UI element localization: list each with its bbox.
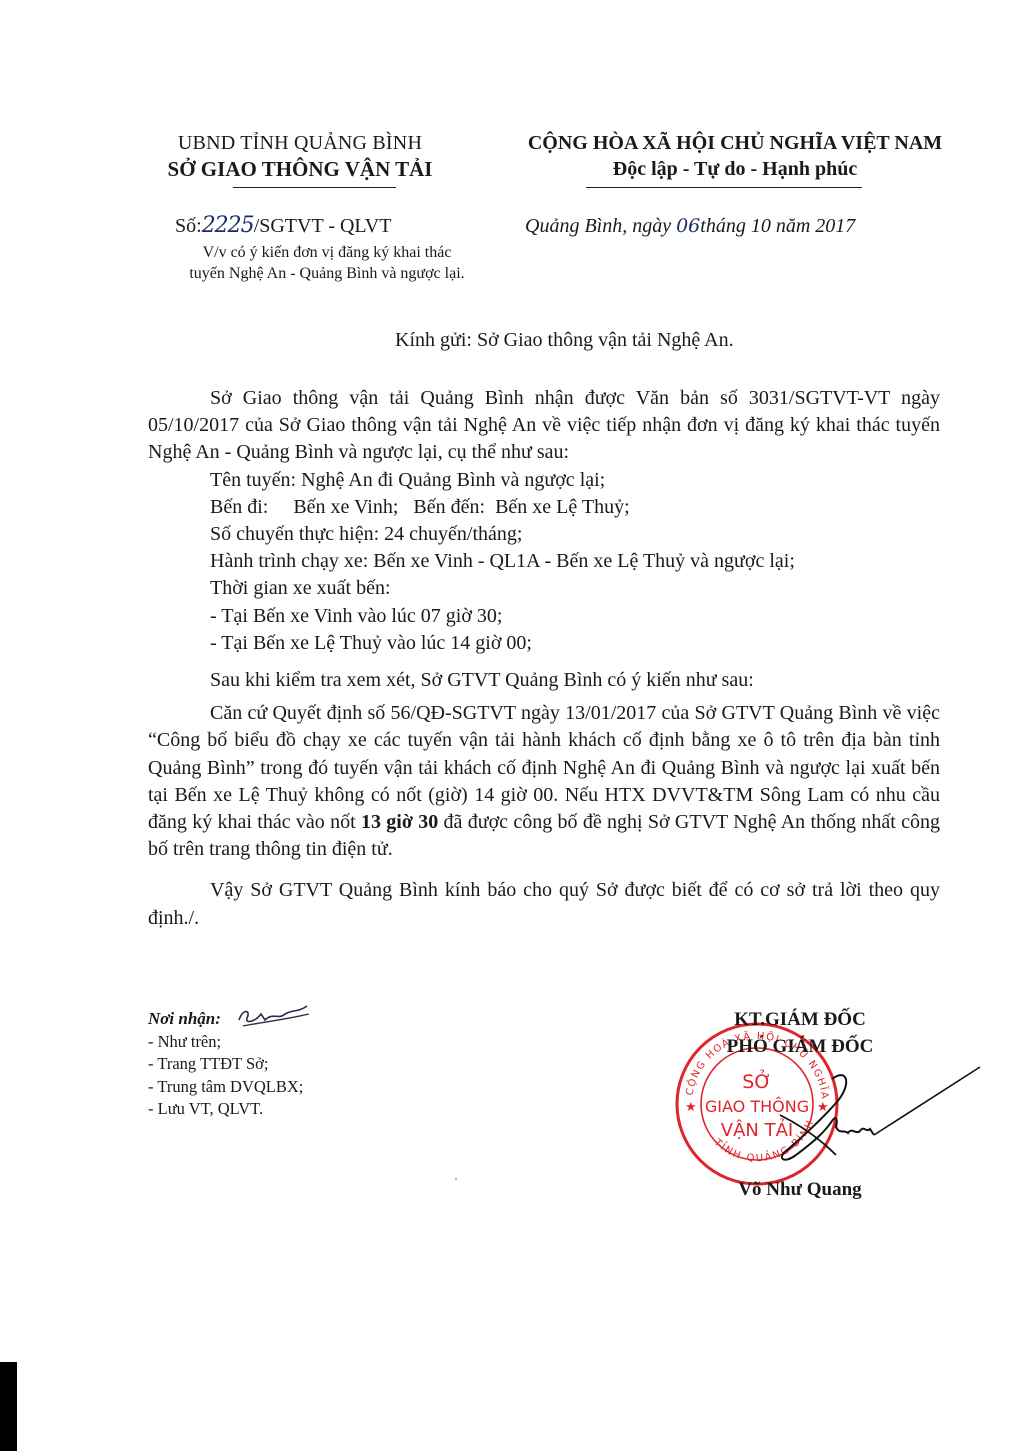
signatory-title-1: KT.GIÁM ĐỐC <box>690 1006 910 1033</box>
detail-item: Bến đi: Bến xe Vinh; Bến đến: Bến xe Lệ … <box>148 494 940 521</box>
department-name: SỞ GIAO THÔNG VẬN TẢI <box>140 156 460 182</box>
authority-name: UBND TỈNH QUẢNG BÌNH <box>140 130 460 156</box>
place-date-prefix: Quảng Bình, ngày <box>525 215 676 237</box>
opinion-intro: Sau khi kiểm tra xem xét, Sở GTVT Quảng … <box>148 667 940 694</box>
detail-item: Hành trình chạy xe: Bến xe Vinh - QL1A -… <box>148 548 940 575</box>
header-left-underline <box>233 187 396 188</box>
detail-item: Số chuyến thực hiện: 24 chuyến/tháng; <box>148 521 940 548</box>
detail-item: - Tại Bến xe Lệ Thuỷ vào lúc 14 giờ 00; <box>148 630 940 657</box>
place-date-suffix: tháng 10 năm 2017 <box>700 215 855 237</box>
subject-line-2: tuyến Nghệ An - Quảng Bình và ngược lại. <box>147 263 507 284</box>
detail-item: Thời gian xe xuất bến: <box>148 575 940 602</box>
handwritten-signature-icon <box>740 1055 990 1175</box>
scan-edge-artifact <box>0 1362 17 1451</box>
subject-line-1: V/v có ý kiến đơn vị đăng ký khai thác <box>147 242 507 263</box>
signatory-title-block: KT.GIÁM ĐỐC PHÓ GIÁM ĐỐC <box>690 1006 910 1060</box>
detail-item: Tên tuyến: Nghệ An đi Quảng Bình và ngượ… <box>148 467 940 494</box>
header-right-underline <box>586 187 862 188</box>
national-heading-block: CỘNG HÒA XÃ HỘI CHỦ NGHĨA VIỆT NAM Độc l… <box>470 130 1000 182</box>
document-number-prefix: Số: <box>175 215 202 237</box>
initials-signature-icon <box>233 1002 313 1032</box>
scan-speck <box>455 1178 457 1180</box>
proposed-departure-time: 13 giờ 30 <box>361 811 438 833</box>
place-date: Quảng Bình, ngày 06tháng 10 năm 2017 <box>525 213 855 239</box>
issuing-authority-block: UBND TỈNH QUẢNG BÌNH SỞ GIAO THÔNG VẬN T… <box>140 130 460 182</box>
distribution-item: - Trang TTĐT Sở; <box>148 1053 303 1076</box>
national-motto: Độc lập - Tự do - Hạnh phúc <box>470 156 1000 182</box>
distribution-item: - Trung tâm DVQLBX; <box>148 1076 303 1099</box>
distribution-item: - Như trên; <box>148 1031 303 1054</box>
document-number-suffix: /SGTVT - QLVT <box>254 215 392 237</box>
country-name: CỘNG HÒA XÃ HỘI CHỦ NGHĨA VIỆT NAM <box>470 130 1000 156</box>
opinion-paragraph: Căn cứ Quyết định số 56/QĐ-SGTVT ngày 13… <box>148 700 940 863</box>
signatory-name: Võ Như Quang <box>690 1177 910 1203</box>
closing-paragraph: Vậy Sở GTVT Quảng Bình kính báo cho quý … <box>148 877 940 931</box>
document-number-handwritten: 2225 <box>202 213 254 238</box>
detail-item: - Tại Bến xe Vinh vào lúc 07 giờ 30; <box>148 603 940 630</box>
day-handwritten: 06 <box>676 215 700 237</box>
document-number: Số:2225/SGTVT - QLVT <box>175 213 391 239</box>
intro-paragraph: Sở Giao thông vận tải Quảng Bình nhận đư… <box>148 385 940 467</box>
recipient-line: Kính gửi: Sở Giao thông vận tải Nghệ An. <box>395 327 734 353</box>
letter-body: Sở Giao thông vận tải Quảng Bình nhận đư… <box>148 385 940 932</box>
distribution-item: - Lưu VT, QLVT. <box>148 1098 303 1121</box>
svg-text:★: ★ <box>685 1100 697 1115</box>
subject-summary: V/v có ý kiến đơn vị đăng ký khai thác t… <box>147 242 507 284</box>
